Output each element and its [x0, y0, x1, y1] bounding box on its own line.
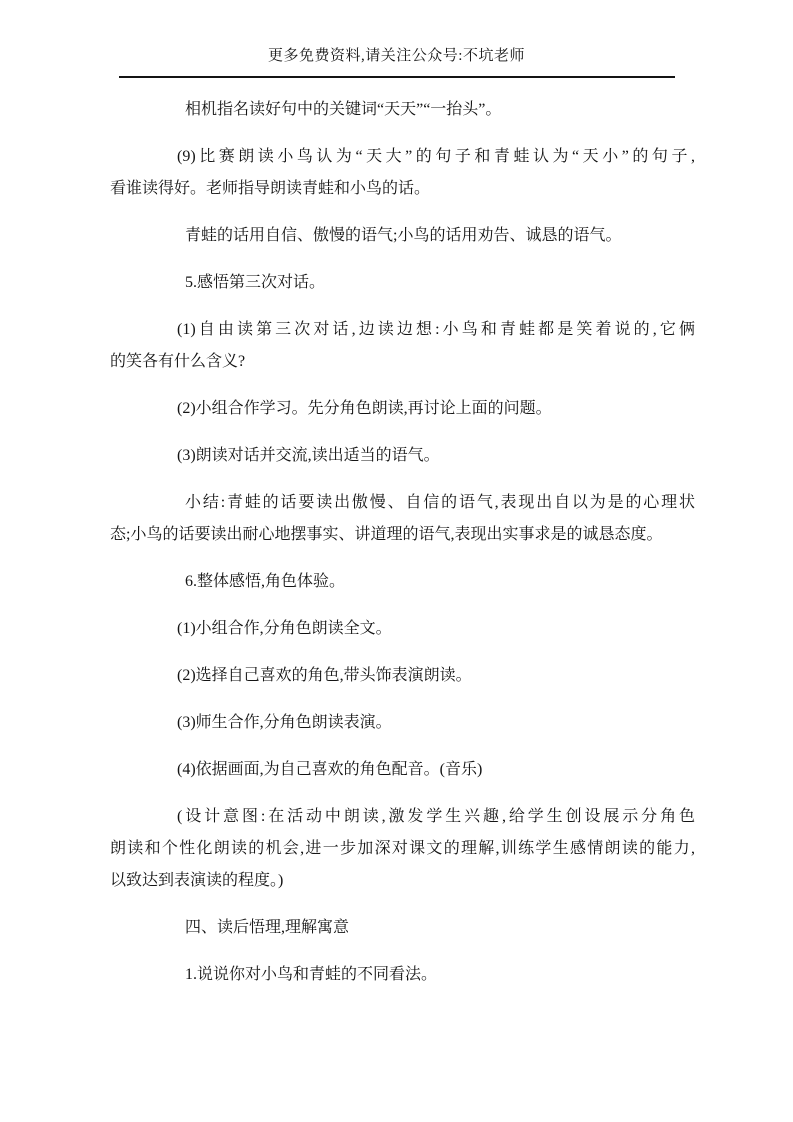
paragraph: (2)选择自己喜欢的角色,带头饰表演朗读。 — [110, 660, 695, 692]
paragraph-line: 的笑各有什么含义? — [110, 346, 695, 378]
paragraph-line: 小结:青蛙的话要读出傲慢、自信的语气,表现出自以为是的心理状 — [110, 487, 695, 519]
paragraph: (1)小组合作,分角色朗读全文。 — [110, 613, 695, 645]
paragraph: 相机指名读好句中的关键词“天天”“一抬头”。 — [110, 94, 695, 126]
paragraph: 6.整体感悟,角色体验。 — [110, 566, 695, 598]
paragraph-line: (1)小组合作,分角色朗读全文。 — [110, 613, 695, 645]
paragraph: 5.感悟第三次对话。 — [110, 267, 695, 299]
paragraph-line: 相机指名读好句中的关键词“天天”“一抬头”。 — [110, 94, 695, 126]
paragraph-line: 6.整体感悟,角色体验。 — [110, 566, 695, 598]
paragraph-line: (1)自由读第三次对话,边读边想:小鸟和青蛙都是笑着说的,它俩 — [110, 314, 695, 346]
paragraph-line: (3)朗读对话并交流,读出适当的语气。 — [110, 440, 695, 472]
paragraph: (3)朗读对话并交流,读出适当的语气。 — [110, 440, 695, 472]
paragraph-line: (4)依据画面,为自己喜欢的角色配音。(音乐) — [110, 754, 695, 786]
paragraph: 小结:青蛙的话要读出傲慢、自信的语气,表现出自以为是的心理状态;小鸟的话要读出耐… — [110, 487, 695, 551]
paragraph: 四、读后悟理,理解寓意 — [110, 912, 695, 944]
paragraph-line: 5.感悟第三次对话。 — [110, 267, 695, 299]
paragraph: (1)自由读第三次对话,边读边想:小鸟和青蛙都是笑着说的,它俩的笑各有什么含义? — [110, 314, 695, 378]
document-body: 相机指名读好句中的关键词“天天”“一抬头”。(9)比赛朗读小鸟认为“天大”的句子… — [110, 94, 695, 991]
paragraph-line: (9)比赛朗读小鸟认为“天大”的句子和青蛙认为“天小”的句子, — [110, 141, 695, 173]
paragraph-line: 以致达到表演读的程度。) — [110, 865, 695, 897]
document-page: 更多免费资料,请关注公众号:不坑老师 相机指名读好句中的关键词“天天”“一抬头”… — [0, 0, 793, 1122]
paragraph: (4)依据画面,为自己喜欢的角色配音。(音乐) — [110, 754, 695, 786]
paragraph: 青蛙的话用自信、傲慢的语气;小鸟的话用劝告、诚恳的语气。 — [110, 220, 695, 252]
paragraph-line: 四、读后悟理,理解寓意 — [110, 912, 695, 944]
paragraph-line: 1.说说你对小鸟和青蛙的不同看法。 — [110, 959, 695, 991]
page-header: 更多免费资料,请关注公众号:不坑老师 — [0, 0, 793, 78]
header-notice: 更多免费资料,请关注公众号:不坑老师 — [0, 45, 793, 67]
paragraph: (3)师生合作,分角色朗读表演。 — [110, 707, 695, 739]
paragraph: (2)小组合作学习。先分角色朗读,再讨论上面的问题。 — [110, 393, 695, 425]
paragraph-line: (2)选择自己喜欢的角色,带头饰表演朗读。 — [110, 660, 695, 692]
paragraph-line: 态;小鸟的话要读出耐心地摆事实、讲道理的语气,表现出实事求是的诚恳态度。 — [110, 519, 695, 551]
paragraph-line: 青蛙的话用自信、傲慢的语气;小鸟的话用劝告、诚恳的语气。 — [110, 220, 695, 252]
paragraph-line: (设计意图:在活动中朗读,激发学生兴趣,给学生创设展示分角色 — [110, 801, 695, 833]
paragraph: (9)比赛朗读小鸟认为“天大”的句子和青蛙认为“天小”的句子,看谁读得好。老师指… — [110, 141, 695, 205]
paragraph: (设计意图:在活动中朗读,激发学生兴趣,给学生创设展示分角色朗读和个性化朗读的机… — [110, 801, 695, 897]
paragraph-line: 看谁读得好。老师指导朗读青蛙和小鸟的话。 — [110, 173, 695, 205]
paragraph-line: (3)师生合作,分角色朗读表演。 — [110, 707, 695, 739]
header-divider — [119, 76, 675, 78]
paragraph-line: 朗读和个性化朗读的机会,进一步加深对课文的理解,训练学生感情朗读的能力, — [110, 833, 695, 865]
paragraph: 1.说说你对小鸟和青蛙的不同看法。 — [110, 959, 695, 991]
paragraph-line: (2)小组合作学习。先分角色朗读,再讨论上面的问题。 — [110, 393, 695, 425]
